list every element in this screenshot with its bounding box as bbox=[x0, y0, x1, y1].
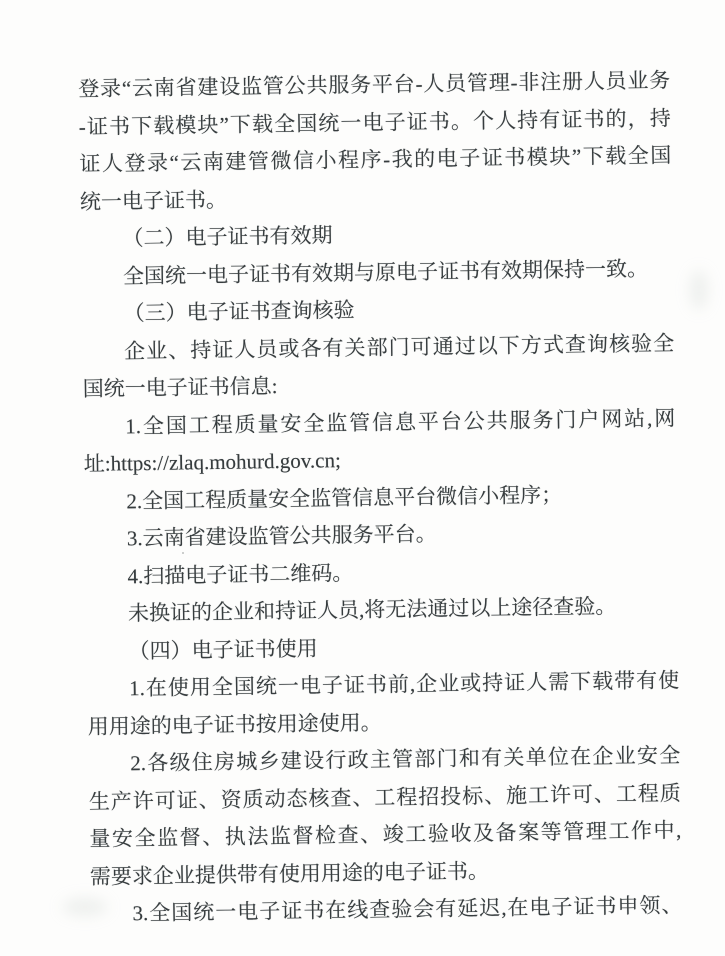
scan-smudge bbox=[62, 898, 108, 916]
scan-speck bbox=[182, 552, 184, 554]
document-text-block: 登录“云南省建设监管公共服务平台-人员管理-非注册人员业务 -证书下载模块”下载… bbox=[78, 62, 683, 933]
text-line: 3.全国统一电子证书在线查验会有延迟,在电子证书申领、 bbox=[90, 887, 682, 933]
scan-smudge bbox=[690, 270, 708, 310]
document-page: 登录“云南省建设监管公共服务平台-人员管理-非注册人员业务 -证书下载模块”下载… bbox=[0, 0, 725, 956]
scan-speck bbox=[376, 526, 379, 529]
